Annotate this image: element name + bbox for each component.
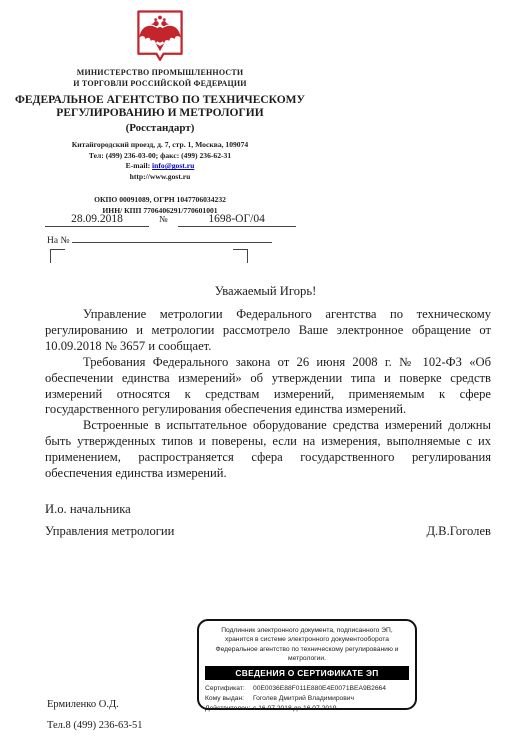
reply-to-label: На № bbox=[47, 236, 70, 246]
agency-name: ФЕДЕРАЛЬНОЕ АГЕНТСТВО ПО ТЕХНИЧЕСКОМУ РЕ… bbox=[6, 94, 314, 120]
agency-short-name: (Росстандарт) bbox=[6, 122, 314, 134]
salutation: Уважаемый Игорь! bbox=[0, 284, 531, 299]
paragraph: Требования Федерального закона от 26 июн… bbox=[45, 355, 491, 419]
signature-block: И.о. начальника Управления метрологии Д.… bbox=[45, 498, 491, 542]
signer-position-line1: И.о. начальника bbox=[45, 498, 491, 520]
reply-to-line: На № bbox=[47, 236, 272, 246]
certificate-number-row: Сертификат:00E0036E88F011E880E4E0071BEA9… bbox=[205, 684, 409, 694]
phone-fax: Тел: (499) 236-03-00; факс: (499) 236-62… bbox=[6, 151, 314, 161]
letter-body: Управление метрологии Федерального агент… bbox=[45, 307, 491, 482]
executor-block: Ермиленко О.Д. Тел.8 (499) 236-63-51 bbox=[47, 694, 143, 736]
addressee-corner-right bbox=[233, 249, 248, 263]
addressee-corner-left bbox=[50, 249, 65, 263]
certificate-validity-row: Действителен:с 16.07.2018 до 16.07.2019 bbox=[205, 704, 409, 714]
email-line: E-mail: info@gost.ru bbox=[6, 161, 314, 171]
website: http://www.gost.ru bbox=[6, 172, 314, 182]
okpo-ogrn: ОКПО 00091089, ОГРН 1047706034232 bbox=[6, 194, 314, 205]
reference-line: 28.09.2018№1698-ОГ/04 bbox=[45, 213, 305, 227]
email-link[interactable]: info@gost.ru bbox=[152, 161, 194, 170]
executor-name: Ермиленко О.Д. bbox=[47, 694, 143, 715]
ministry-name: МИНИСТЕРСТВО ПРОМЫШЛЕННОСТИ И ТОРГОВЛИ Р… bbox=[6, 68, 314, 89]
reply-to-blank bbox=[72, 242, 272, 243]
number-sign: № bbox=[159, 214, 168, 224]
esignature-notice: Подлинник электронного документа, подпис… bbox=[205, 626, 409, 663]
letter-number: 1698-ОГ/04 bbox=[178, 213, 296, 227]
paragraph: Управление метрологии Федерального агент… bbox=[45, 307, 491, 355]
signer-name: Д.В.Гоголев bbox=[426, 520, 491, 542]
official-letter-page: МИНИСТЕРСТВО ПРОМЫШЛЕННОСТИ И ТОРГОВЛИ Р… bbox=[0, 0, 531, 750]
letter-date: 28.09.2018 bbox=[45, 213, 149, 227]
executor-phone: Тел.8 (499) 236-63-51 bbox=[47, 715, 143, 736]
postal-address: Китайгородский проезд, д. 7, стр. 1, Мос… bbox=[6, 140, 314, 150]
certificate-banner: СВЕДЕНИЯ О СЕРТИФИКАТЕ ЭП bbox=[205, 666, 409, 680]
letterhead: МИНИСТЕРСТВО ПРОМЫШЛЕННОСТИ И ТОРГОВЛИ Р… bbox=[6, 8, 314, 216]
coat-of-arms-icon bbox=[134, 8, 186, 65]
signer-position-line2: Управления метрологии bbox=[45, 520, 174, 542]
contact-block: Китайгородский проезд, д. 7, стр. 1, Мос… bbox=[6, 140, 314, 182]
esignature-stamp: Подлинник электронного документа, подпис… bbox=[197, 619, 417, 710]
certificate-owner-row: Кому выдан:Гоголев Дмитрий Владимирович bbox=[205, 694, 409, 704]
paragraph: Встроенные в испытательное оборудование … bbox=[45, 418, 491, 482]
